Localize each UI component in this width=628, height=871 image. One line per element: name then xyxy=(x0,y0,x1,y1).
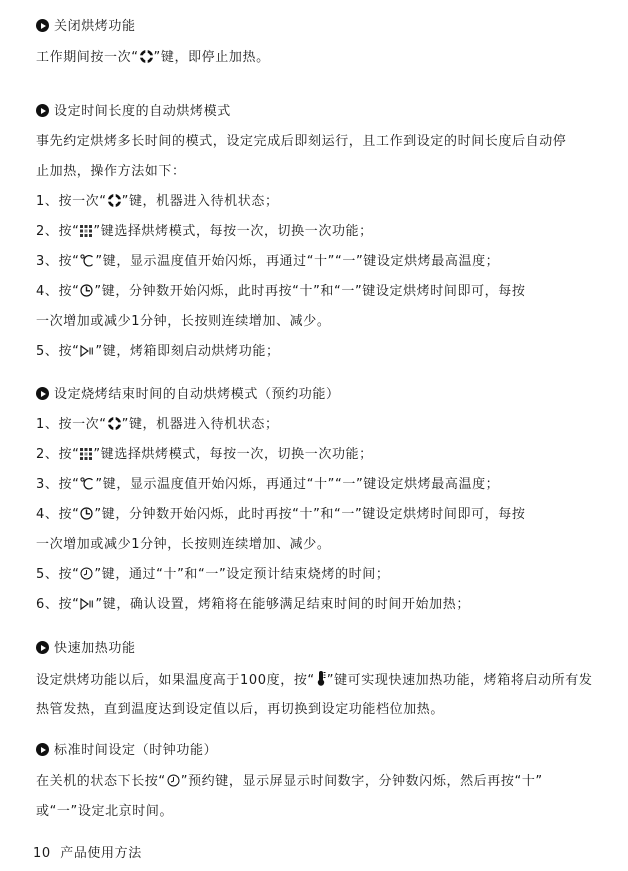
text: ”键，机器进入待机状态； xyxy=(122,417,279,432)
instruction-line: 工作期间按一次“”键，即停止加热。 xyxy=(36,49,270,69)
text: 2、按“ xyxy=(36,224,79,239)
power-icon xyxy=(108,194,121,213)
instruction-line: 在关机的状态下长按“”预约键，显示屏显示时间数字，分钟数闪烁，然后再按“十” xyxy=(36,773,543,793)
text: 2、按“ xyxy=(36,447,79,462)
section-heading: 标准时间设定（时钟功能） xyxy=(36,742,217,760)
bullet-play-icon xyxy=(36,104,49,117)
instruction-line: 4、按“”键，分钟数开始闪烁，此时再按“十”和“一”键设定烘烤时间即可，每按 xyxy=(36,506,525,526)
play-pause-icon xyxy=(80,345,94,363)
mode-grid-icon xyxy=(80,448,92,466)
text: 在关机的状态下长按“ xyxy=(36,774,166,789)
footer-title: 产品使用方法 xyxy=(60,846,142,861)
clock-icon xyxy=(80,567,93,586)
text: ”键，显示温度值开始闪烁，再通过“十”“一”键设定烘烤最高温度； xyxy=(95,254,499,269)
text: ”键，确认设置，烤箱将在能够满足结束时间的时间开始加热； xyxy=(95,597,470,612)
text: 6、按“ xyxy=(36,597,79,612)
instruction-line: 6、按“”键，确认设置，烤箱将在能够满足结束时间的时间开始加热； xyxy=(36,596,470,616)
timer-icon xyxy=(80,507,93,526)
instruction-line: 或“一”设定北京时间。 xyxy=(36,803,173,821)
heading-text: 设定时间长度的自动烘烤模式 xyxy=(54,104,231,119)
text: 工作期间按一次“ xyxy=(36,50,139,65)
heading-text: 标准时间设定（时钟功能） xyxy=(54,743,217,758)
instruction-line: 一次增加或减少1分钟，长按则连续增加、减少。 xyxy=(36,313,330,331)
text: 5、按“ xyxy=(36,567,79,582)
heading-text: 快速加热功能 xyxy=(54,641,136,656)
heading-text: 设定烧烤结束时间的自动烘烤模式（预约功能） xyxy=(54,387,340,402)
page-number: 10 xyxy=(33,846,51,861)
bullet-play-icon xyxy=(36,641,49,654)
thermometer-icon xyxy=(316,671,326,692)
bullet-play-icon xyxy=(36,19,49,32)
bullet-play-icon xyxy=(36,743,49,756)
text: 5、按“ xyxy=(36,344,79,359)
instruction-line: 事先约定烘烤多长时间的模式，设定完成后即刻运行，且工作到设定的时间长度后自动停 xyxy=(36,133,566,151)
text: ”键，机器进入待机状态； xyxy=(122,194,279,209)
text: 或“一”设定北京时间。 xyxy=(36,804,173,819)
section-heading: 关闭烘烤功能 xyxy=(36,18,136,36)
text: 设定烘烤功能以后，如果温度高于100度，按“ xyxy=(36,673,315,688)
text: ”键选择烘烤模式，每按一次，切换一次功能； xyxy=(93,224,372,239)
instruction-line: 3、按“”键，显示温度值开始闪烁，再通过“十”“一”键设定烘烤最高温度； xyxy=(36,476,499,496)
celsius-icon xyxy=(80,477,94,496)
instruction-line: 5、按“”键，通过“十”和“一”设定预计结束烧烤的时间； xyxy=(36,566,389,586)
instruction-line: 1、按一次“”键，机器进入待机状态； xyxy=(36,416,279,436)
text: 3、按“ xyxy=(36,254,79,269)
text: ”预约键，显示屏显示时间数字，分钟数闪烁，然后再按“十” xyxy=(181,774,543,789)
mode-grid-icon xyxy=(80,225,92,243)
instruction-line: 设定烘烤功能以后，如果温度高于100度，按“”键可实现快速加热功能，烤箱将启动所… xyxy=(36,671,593,692)
instruction-line: 5、按“”键，烤箱即刻启动烘烤功能； xyxy=(36,343,280,363)
celsius-icon xyxy=(80,254,94,273)
section-heading: 快速加热功能 xyxy=(36,640,136,658)
text: 4、按“ xyxy=(36,507,79,522)
instruction-line: 3、按“”键，显示温度值开始闪烁，再通过“十”“一”键设定烘烤最高温度； xyxy=(36,253,499,273)
text: ”键，通过“十”和“一”设定预计结束烧烤的时间； xyxy=(94,567,389,582)
text: ”键选择烘烤模式，每按一次，切换一次功能； xyxy=(93,447,372,462)
text: 事先约定烘烤多长时间的模式，设定完成后即刻运行，且工作到设定的时间长度后自动停 xyxy=(36,134,566,149)
text: ”键可实现快速加热功能，烤箱将启动所有发 xyxy=(327,673,593,688)
instruction-line: 一次增加或减少1分钟，长按则连续增加、减少。 xyxy=(36,536,330,554)
text: 一次增加或减少1分钟，长按则连续增加、减少。 xyxy=(36,314,330,329)
text: 1、按一次“ xyxy=(36,417,107,432)
text: ”键，烤箱即刻启动烘烤功能； xyxy=(95,344,279,359)
instruction-line: 2、按“”键选择烘烤模式，每按一次，切换一次功能； xyxy=(36,446,373,466)
timer-icon xyxy=(80,284,93,303)
power-icon xyxy=(140,50,153,69)
text: 热管发热，直到温度达到设定值以后，再切换到设定功能档位加热。 xyxy=(36,702,444,717)
play-pause-icon xyxy=(80,598,94,616)
instruction-line: 2、按“”键选择烘烤模式，每按一次，切换一次功能； xyxy=(36,223,373,243)
section-heading: 设定烧烤结束时间的自动烘烤模式（预约功能） xyxy=(36,386,340,404)
heading-text: 关闭烘烤功能 xyxy=(54,19,136,34)
instruction-line: 4、按“”键，分钟数开始闪烁，此时再按“十”和“一”键设定烘烤时间即可，每按 xyxy=(36,283,525,303)
text: ”键，即停止加热。 xyxy=(154,50,270,65)
text: 3、按“ xyxy=(36,477,79,492)
instruction-line: 止加热，操作方法如下： xyxy=(36,163,186,181)
bullet-play-icon xyxy=(36,387,49,400)
section-heading: 设定时间长度的自动烘烤模式 xyxy=(36,103,231,121)
clock-icon xyxy=(167,774,180,793)
text: ”键，分钟数开始闪烁，此时再按“十”和“一”键设定烘烤时间即可，每按 xyxy=(94,284,525,299)
text: 4、按“ xyxy=(36,284,79,299)
power-icon xyxy=(108,417,121,436)
instruction-line: 1、按一次“”键，机器进入待机状态； xyxy=(36,193,279,213)
text: 1、按一次“ xyxy=(36,194,107,209)
text: ”键，分钟数开始闪烁，此时再按“十”和“一”键设定烘烤时间即可，每按 xyxy=(94,507,525,522)
page-footer: 10 产品使用方法 xyxy=(33,842,142,861)
text: 止加热，操作方法如下： xyxy=(36,164,186,179)
instruction-line: 热管发热，直到温度达到设定值以后，再切换到设定功能档位加热。 xyxy=(36,701,444,719)
text: ”键，显示温度值开始闪烁，再通过“十”“一”键设定烘烤最高温度； xyxy=(95,477,499,492)
text: 一次增加或减少1分钟，长按则连续增加、减少。 xyxy=(36,537,330,552)
